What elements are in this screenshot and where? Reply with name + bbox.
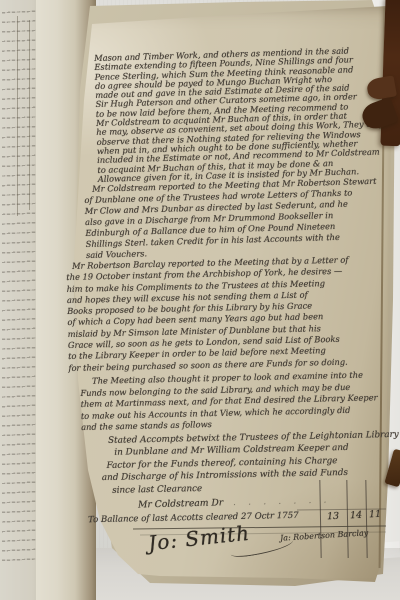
page-content: Mason and Timber Work, and others as men… <box>0 0 400 600</box>
signature-secretary: Ja: Robertson Barclay <box>280 528 369 542</box>
amount-shillings: 14 <box>350 510 362 521</box>
paragraph-estimate: Mason and Timber Work, and others as men… <box>94 44 385 183</box>
paragraph-archbishop-letter: Mr Robertson Barclay reported to the Mee… <box>66 255 351 374</box>
ledger-debtor-label: Mr Coldstream Dr <box>138 497 223 510</box>
amount-pence: 11 <box>369 509 381 520</box>
account-heading: Stated Accompts betwixt the Trustees of … <box>104 430 400 498</box>
photo-of-manuscript-page: Mason and Timber Work, and others as men… <box>0 0 400 600</box>
amount-pounds: 13 <box>327 511 339 522</box>
paragraph-funds-examination: The Meeting also thought it proper to lo… <box>80 369 378 434</box>
leader-dots: . . . . . . . <box>233 495 331 507</box>
ledger-debtor-row: Mr Coldstream Dr. . . . . . . <box>138 494 332 510</box>
ledger-balance-row-label: To Ballance of last Accotts cleared 27 O… <box>88 511 299 525</box>
paragraph-coldstream-report: Mr Coldstream reported to the Meeting th… <box>84 176 378 261</box>
